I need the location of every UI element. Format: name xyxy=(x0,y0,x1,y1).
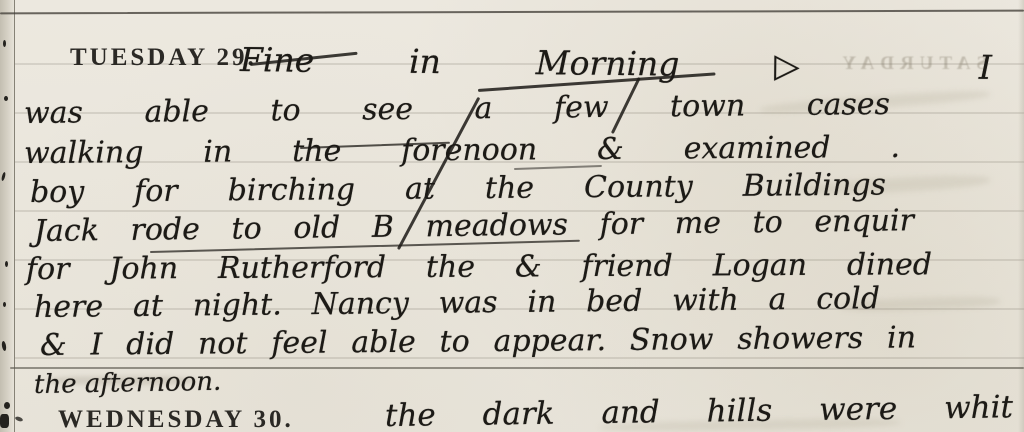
ink-speck xyxy=(4,96,8,101)
ink-speck xyxy=(4,402,10,409)
handwriting-line: the afternoon. xyxy=(34,367,284,400)
handwriting-line: & I did not feel able to appear. Snow sh… xyxy=(40,321,916,362)
date-heading-wednesday: WEDNESDAY 30. xyxy=(58,406,294,432)
diary-scan: { "entries": [ { "date_label": "TUESDAY … xyxy=(0,0,1024,432)
ink-speck xyxy=(3,302,6,307)
ink-speck xyxy=(5,261,8,267)
ink-speck xyxy=(0,414,9,428)
date-heading-tuesday: TUESDAY 29. xyxy=(70,44,257,72)
handwriting-line: boy for birching at the County Buildings xyxy=(30,169,886,209)
handwriting-line: for John Rutherford the & friend Logan d… xyxy=(26,248,932,286)
handwriting-line: the dark and hills were whit xyxy=(385,390,1013,432)
handwriting-line: walking in the forenoon & examined . xyxy=(24,131,900,170)
ink-speck xyxy=(3,40,6,47)
